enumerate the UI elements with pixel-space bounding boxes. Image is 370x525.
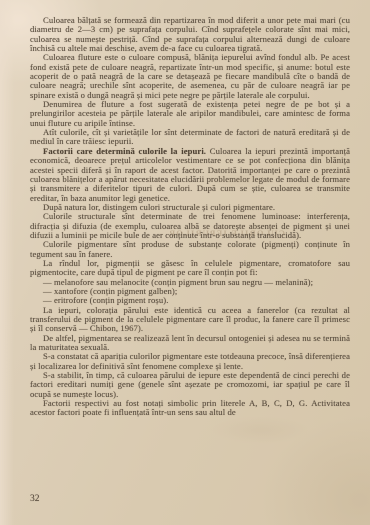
paragraph: S-a stabilit, în timp, că culoarea părul… — [30, 371, 350, 399]
scanned-book-page: CULORILE IEPURILOR Culoarea bălțată se f… — [0, 0, 370, 525]
paragraph: Denumirea de fluture a fost sugerată de … — [30, 100, 350, 128]
paragraph: La rîndul lor, pigmenții se găsesc în ce… — [30, 259, 350, 278]
paragraph: Factorii care determină culorile la iepu… — [30, 147, 350, 203]
page-number: 32 — [30, 494, 40, 504]
paragraph: De altfel, pigmentarea se realizează len… — [30, 334, 350, 353]
text-block: Culoarea bălțată se formează din reparti… — [30, 16, 350, 418]
paragraph-lead: Factorii care determină culorile la iepu… — [43, 146, 206, 156]
paragraph: S-a constatat că apariția culorilor pigm… — [30, 352, 350, 371]
paragraph: Culorile pigmentare sînt produse de subs… — [30, 240, 350, 259]
paragraph: Culoarea bălțată se formează din reparti… — [30, 16, 350, 53]
paragraph: Factorii respectivi au fost notați simbo… — [30, 399, 350, 418]
paragraph: La iepuri, colorația părului este identi… — [30, 306, 350, 334]
paragraph: Culorile structurale sînt determinate de… — [30, 212, 350, 240]
paragraph: Atît culorile, cît și varietățile lor sî… — [30, 128, 350, 147]
paragraph: Culoarea fluture este o culoare compusă,… — [30, 53, 350, 100]
